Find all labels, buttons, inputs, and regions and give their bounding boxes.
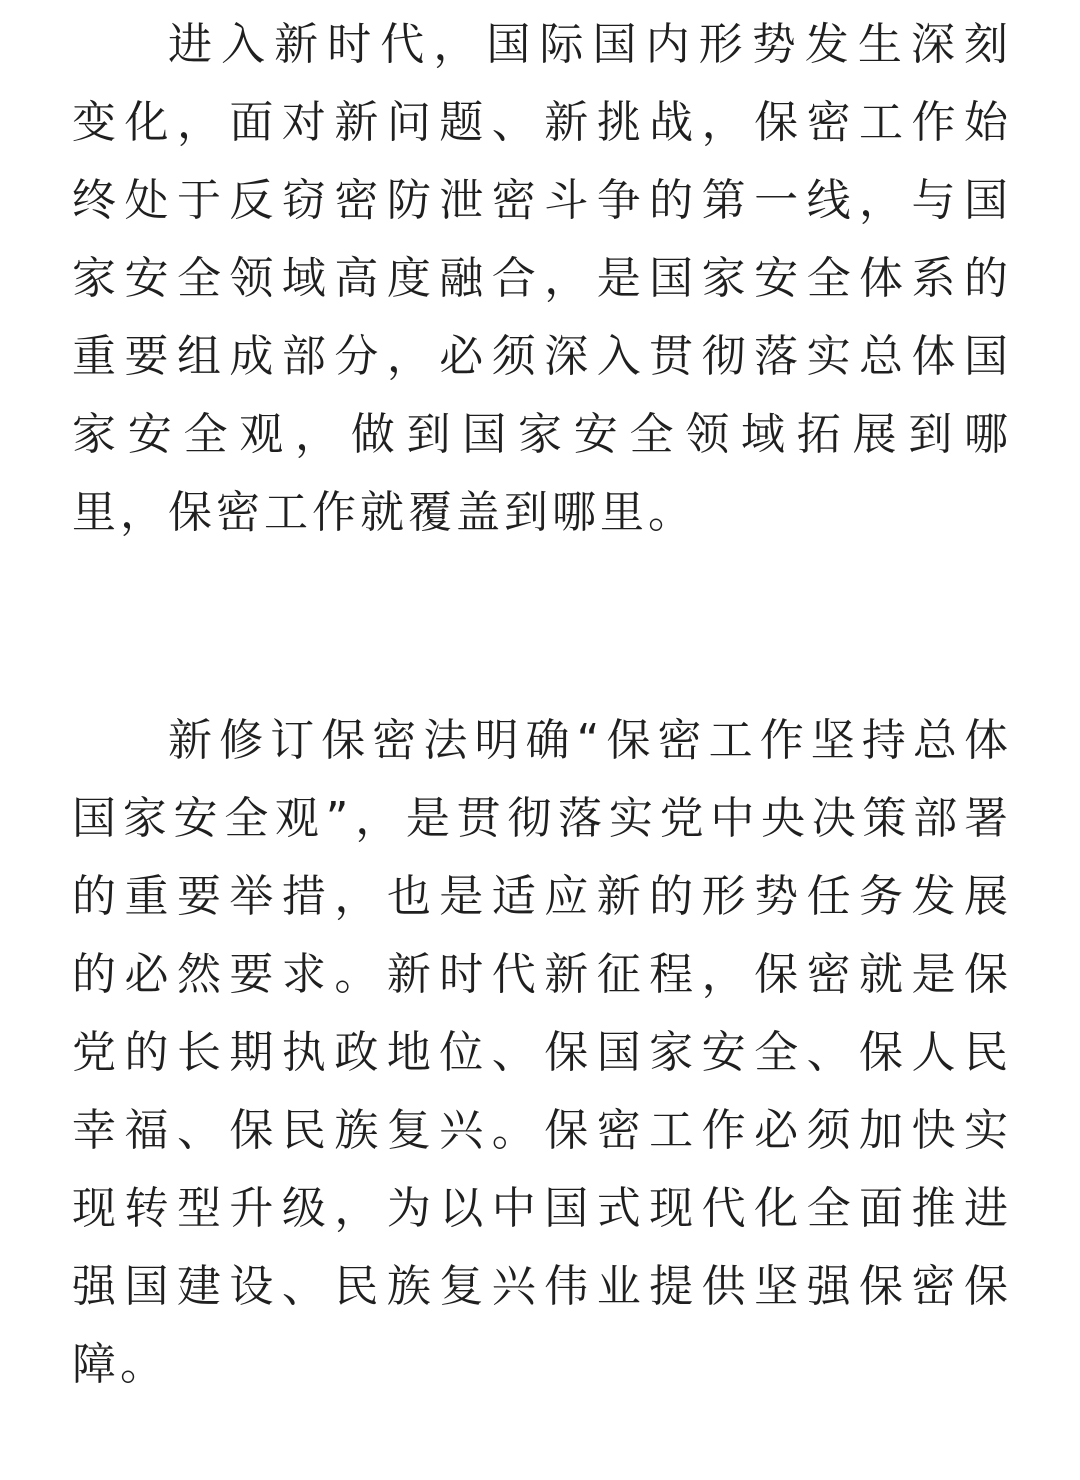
text-line: 重要组成部分，必须深入贯彻落实总体国 <box>72 318 1008 396</box>
text-line: 里，保密工作就覆盖到哪里。 <box>72 474 1008 552</box>
text-line: 强国建设、民族复兴伟业提供坚强保密保 <box>72 1248 1008 1326</box>
text-line: 新修订保密法明确“保密工作坚持总体 <box>72 702 1008 780</box>
text-line: 幸福、保民族复兴。保密工作必须加快实 <box>72 1092 1008 1170</box>
paragraph-revised-secrecy-law: 新修订保密法明确“保密工作坚持总体 国家安全观”，是贯彻落实党中央决策部署 的重… <box>72 702 1008 1404</box>
text-line: 障。 <box>72 1326 1008 1404</box>
text-line: 现转型升级，为以中国式现代化全面推进 <box>72 1170 1008 1248</box>
text-line: 国家安全观”，是贯彻落实党中央决策部署 <box>72 780 1008 858</box>
paragraph-new-era: 进入新时代，国际国内形势发生深刻 变化，面对新问题、新挑战，保密工作始 终处于反… <box>72 6 1008 552</box>
text-line: 进入新时代，国际国内形势发生深刻 <box>72 6 1008 84</box>
text-line: 的重要举措，也是适应新的形势任务发展 <box>72 858 1008 936</box>
text-line: 的必然要求。新时代新征程，保密就是保 <box>72 936 1008 1014</box>
text-line: 终处于反窃密防泄密斗争的第一线，与国 <box>72 162 1008 240</box>
text-line: 家安全观，做到国家安全领域拓展到哪 <box>72 396 1008 474</box>
text-line: 家安全领域高度融合，是国家安全体系的 <box>72 240 1008 318</box>
text-line: 变化，面对新问题、新挑战，保密工作始 <box>72 84 1008 162</box>
text-line: 党的长期执政地位、保国家安全、保人民 <box>72 1014 1008 1092</box>
